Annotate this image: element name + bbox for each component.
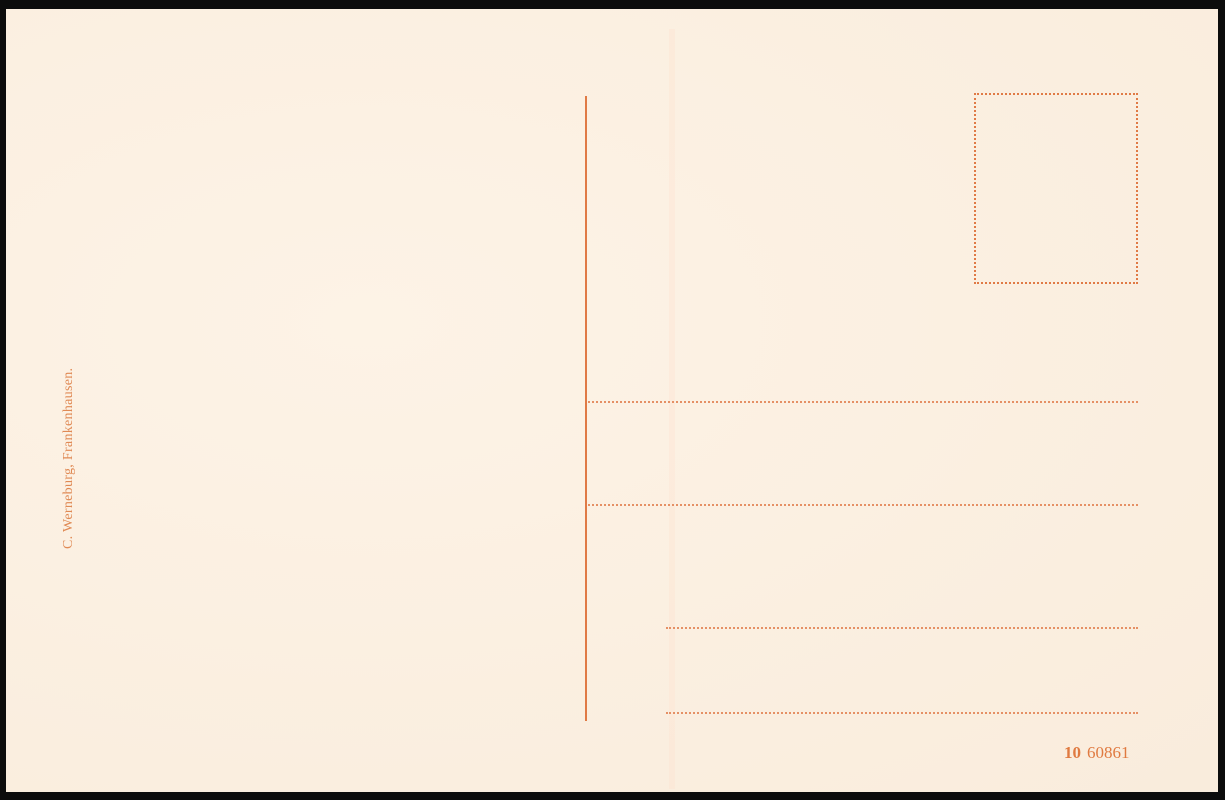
paper-seam bbox=[669, 29, 675, 789]
address-line-4 bbox=[666, 712, 1138, 714]
serial-number: 1060861 bbox=[1064, 743, 1130, 763]
serial-digits: 60861 bbox=[1087, 743, 1130, 762]
address-line-1 bbox=[588, 401, 1138, 403]
center-divider-line bbox=[585, 96, 587, 721]
address-line-2 bbox=[588, 504, 1138, 506]
postcard-back: C. Werneburg, Frankenhausen. 1060861 bbox=[6, 9, 1218, 792]
publisher-imprint: C. Werneburg, Frankenhausen. bbox=[61, 368, 77, 549]
address-line-3 bbox=[666, 627, 1138, 629]
series-prefix: 10 bbox=[1064, 743, 1081, 762]
stamp-box bbox=[974, 93, 1138, 284]
